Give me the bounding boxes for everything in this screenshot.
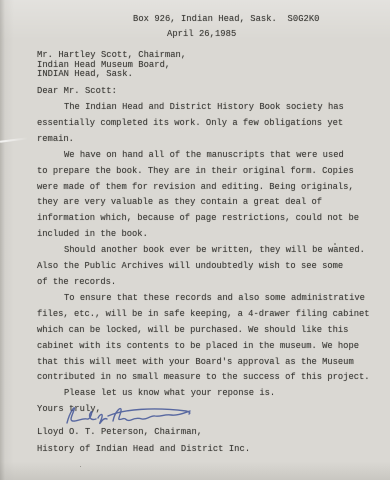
paper-speck (304, 118, 305, 119)
body-line: To ensure that these records and also so… (37, 291, 382, 307)
body-line: essentially completed its work. Only a f… (37, 116, 382, 132)
paper-speck (334, 243, 336, 245)
body-line: Should another book ever be written, the… (37, 243, 382, 259)
letter-date: April 26,1985 (167, 29, 236, 39)
body-line: included in the book. (37, 227, 382, 243)
body-line: they are very valuable as they contain a… (37, 195, 382, 211)
paper-crease (0, 137, 28, 142)
organization-name: History of Indian Head and District Inc. (37, 444, 250, 454)
body-line: remain. (37, 132, 382, 148)
body-line: of the records. (37, 275, 382, 291)
sender-address: Box 926, Indian Head, Sask. S0G2K0 (133, 14, 320, 24)
recipient-line: INDIAN Head, Sask. (37, 70, 186, 80)
body-line: information which, because of page restr… (37, 211, 382, 227)
body-line: files, etc., will be in safe keeping, a … (37, 307, 382, 323)
recipient-block: Mr. Hartley Scott, Chairman, Indian Head… (37, 51, 186, 80)
letter-page: Box 926, Indian Head, Sask. S0G2K0 April… (0, 0, 390, 480)
body-line: The Indian Head and District History Boo… (37, 100, 382, 116)
body-line: which can be locked, will be purchased. … (37, 323, 382, 339)
body-line: that this will meet with your Board's ap… (37, 355, 382, 371)
paper-speck (80, 466, 81, 467)
salutation: Dear Mr. Scott: (37, 86, 117, 96)
body-line: We have on hand all of the manuscripts t… (37, 148, 382, 164)
letter-body: The Indian Head and District History Boo… (37, 100, 382, 402)
body-line: contributed in no small measure to the s… (37, 370, 382, 386)
body-line: cabinet with its contents to be placed i… (37, 339, 382, 355)
body-line: were made of them for revision and editi… (37, 180, 382, 196)
body-line: Also the Public Archives will undoubtedl… (37, 259, 382, 275)
signatory-name: Lloyd O. T. Peterson, Chairman, (37, 427, 202, 437)
body-line: to prepare the book. They are in their o… (37, 164, 382, 180)
